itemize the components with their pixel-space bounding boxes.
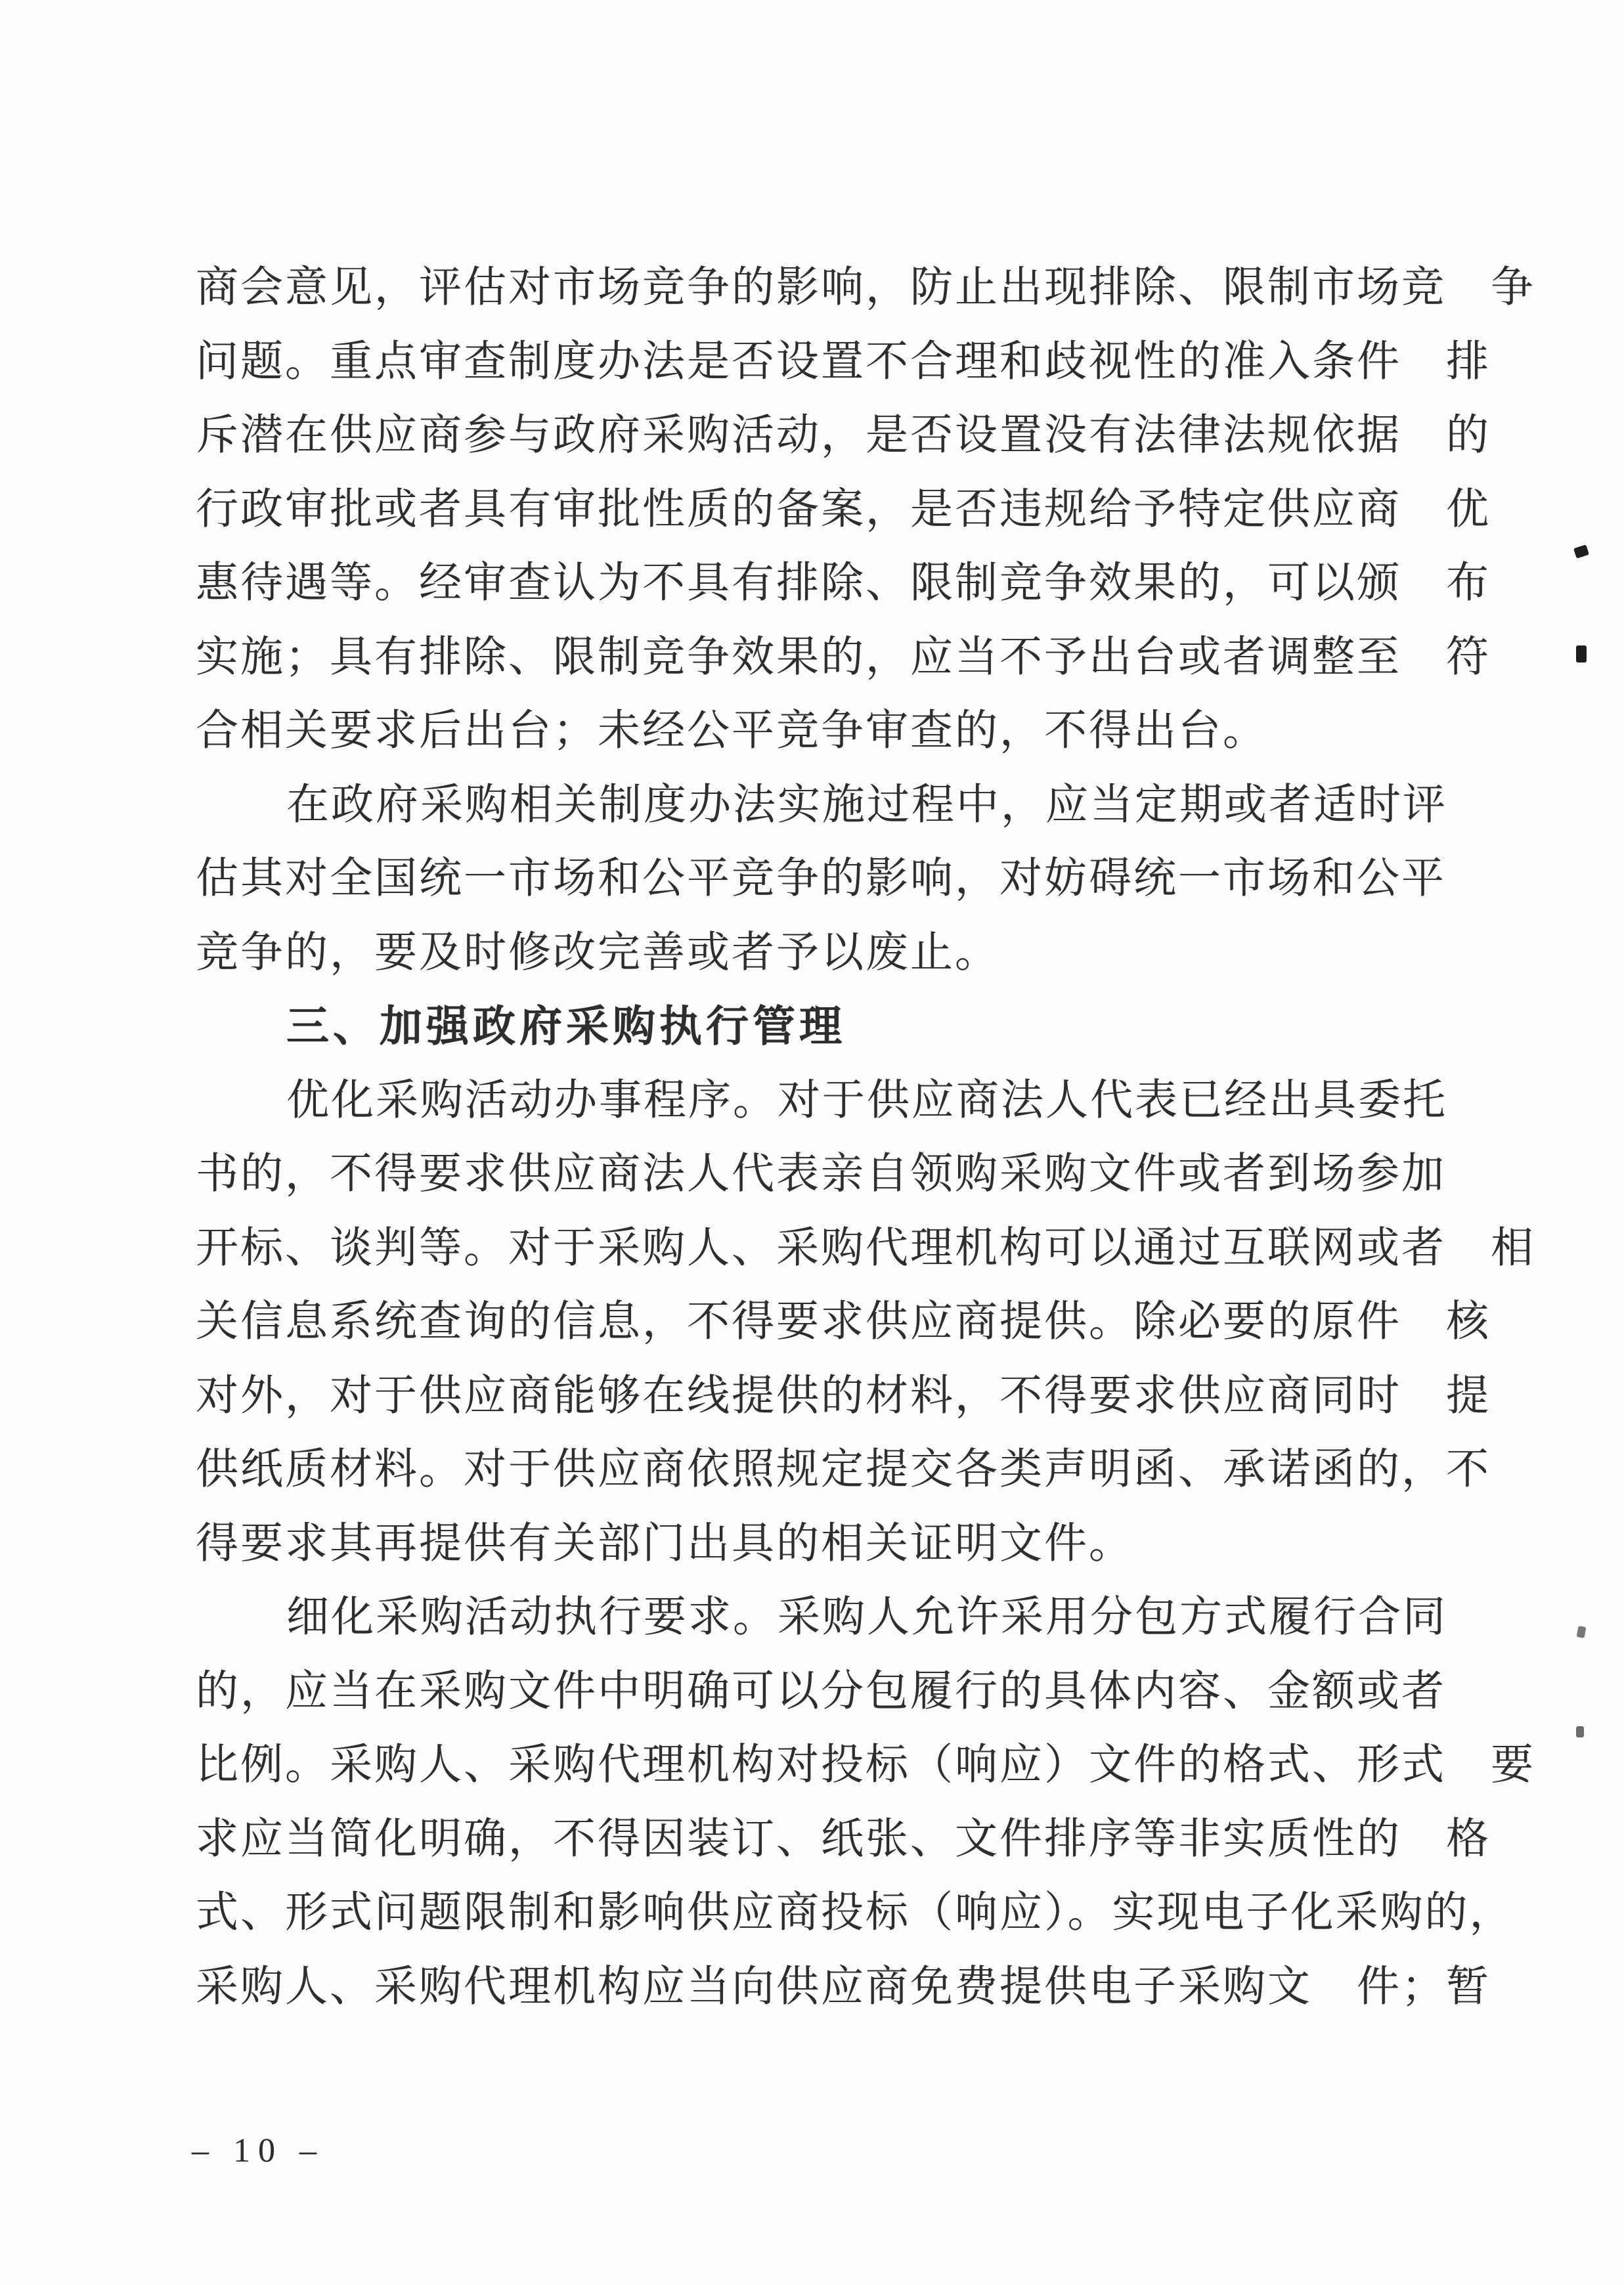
- text-line: 行政审批或者具有审批性质的备案，是否违规给予特定供应商 优: [196, 473, 1440, 547]
- text-line: 供纸质材料。对于供应商依照规定提交各类声明函、承诺函的，不: [196, 1433, 1440, 1507]
- text-line: 得要求其再提供有关部门出具的相关证明文件。: [196, 1507, 1440, 1581]
- scan-speck: [1576, 645, 1587, 663]
- text-line: 对外，对于供应商能够在线提供的材料，不得要求供应商同时 提: [196, 1359, 1440, 1433]
- scan-speck: [1576, 1726, 1584, 1737]
- text-line: 采购人、采购代理机构应当向供应商免费提供电子采购文 件；暂: [196, 1950, 1440, 2024]
- body-text: 商会意见，评估对市场竞争的影响，防止出现排除、限制市场竞 争问题。重点审查制度办…: [196, 251, 1440, 2024]
- text-line: 细化采购活动执行要求。采购人允许采用分包方式履行合同: [196, 1580, 1440, 1655]
- scan-speck: [1577, 1626, 1587, 1638]
- text-line: 书的，不得要求供应商法人代表亲自领购采购文件或者到场参加: [196, 1137, 1440, 1211]
- text-line: 比例。采购人、采购代理机构对投标（响应）文件的格式、形式 要: [196, 1728, 1440, 1802]
- text-line: 开标、谈判等。对于采购人、采购代理机构可以通过互联网或者 相: [196, 1211, 1440, 1286]
- text-line: 关信息系统查询的信息，不得要求供应商提供。除必要的原件 核: [196, 1285, 1440, 1359]
- section-heading: 三、加强政府采购执行管理: [196, 990, 1440, 1064]
- text-line: 的，应当在采购文件中明确可以分包履行的具体内容、金额或者: [196, 1655, 1440, 1729]
- scan-speck: [1573, 544, 1589, 558]
- text-line: 商会意见，评估对市场竞争的影响，防止出现排除、限制市场竞 争: [196, 251, 1440, 325]
- text-line: 斥潜在供应商参与政府采购活动，是否设置没有法律法规依据 的: [196, 399, 1440, 473]
- text-line: 合相关要求后出台；未经公平竞争审查的，不得出台。: [196, 694, 1440, 768]
- text-line: 实施；具有排除、限制竞争效果的，应当不予出台或者调整至 符: [196, 620, 1440, 695]
- text-line: 优化采购活动办事程序。对于供应商法人代表已经出具委托: [196, 1064, 1440, 1138]
- text-line: 问题。重点审查制度办法是否设置不合理和歧视性的准入条件 排: [196, 325, 1440, 399]
- document-page: 商会意见，评估对市场竞争的影响，防止出现排除、限制市场竞 争问题。重点审查制度办…: [0, 0, 1624, 2285]
- text-line: 求应当简化明确，不得因装订、纸张、文件排序等非实质性的 格: [196, 1802, 1440, 1877]
- text-line: 在政府采购相关制度办法实施过程中，应当定期或者适时评: [196, 768, 1440, 842]
- text-line: 惠待遇等。经审查认为不具有排除、限制竞争效果的，可以颁 布: [196, 546, 1440, 620]
- text-line: 估其对全国统一市场和公平竞争的影响，对妨碍统一市场和公平: [196, 842, 1440, 916]
- page-number: – 10 –: [192, 2131, 324, 2170]
- text-line: 式、形式问题限制和影响供应商投标（响应）。实现电子化采购的，: [196, 1876, 1440, 1950]
- text-line: 竞争的，要及时修改完善或者予以废止。: [196, 916, 1440, 990]
